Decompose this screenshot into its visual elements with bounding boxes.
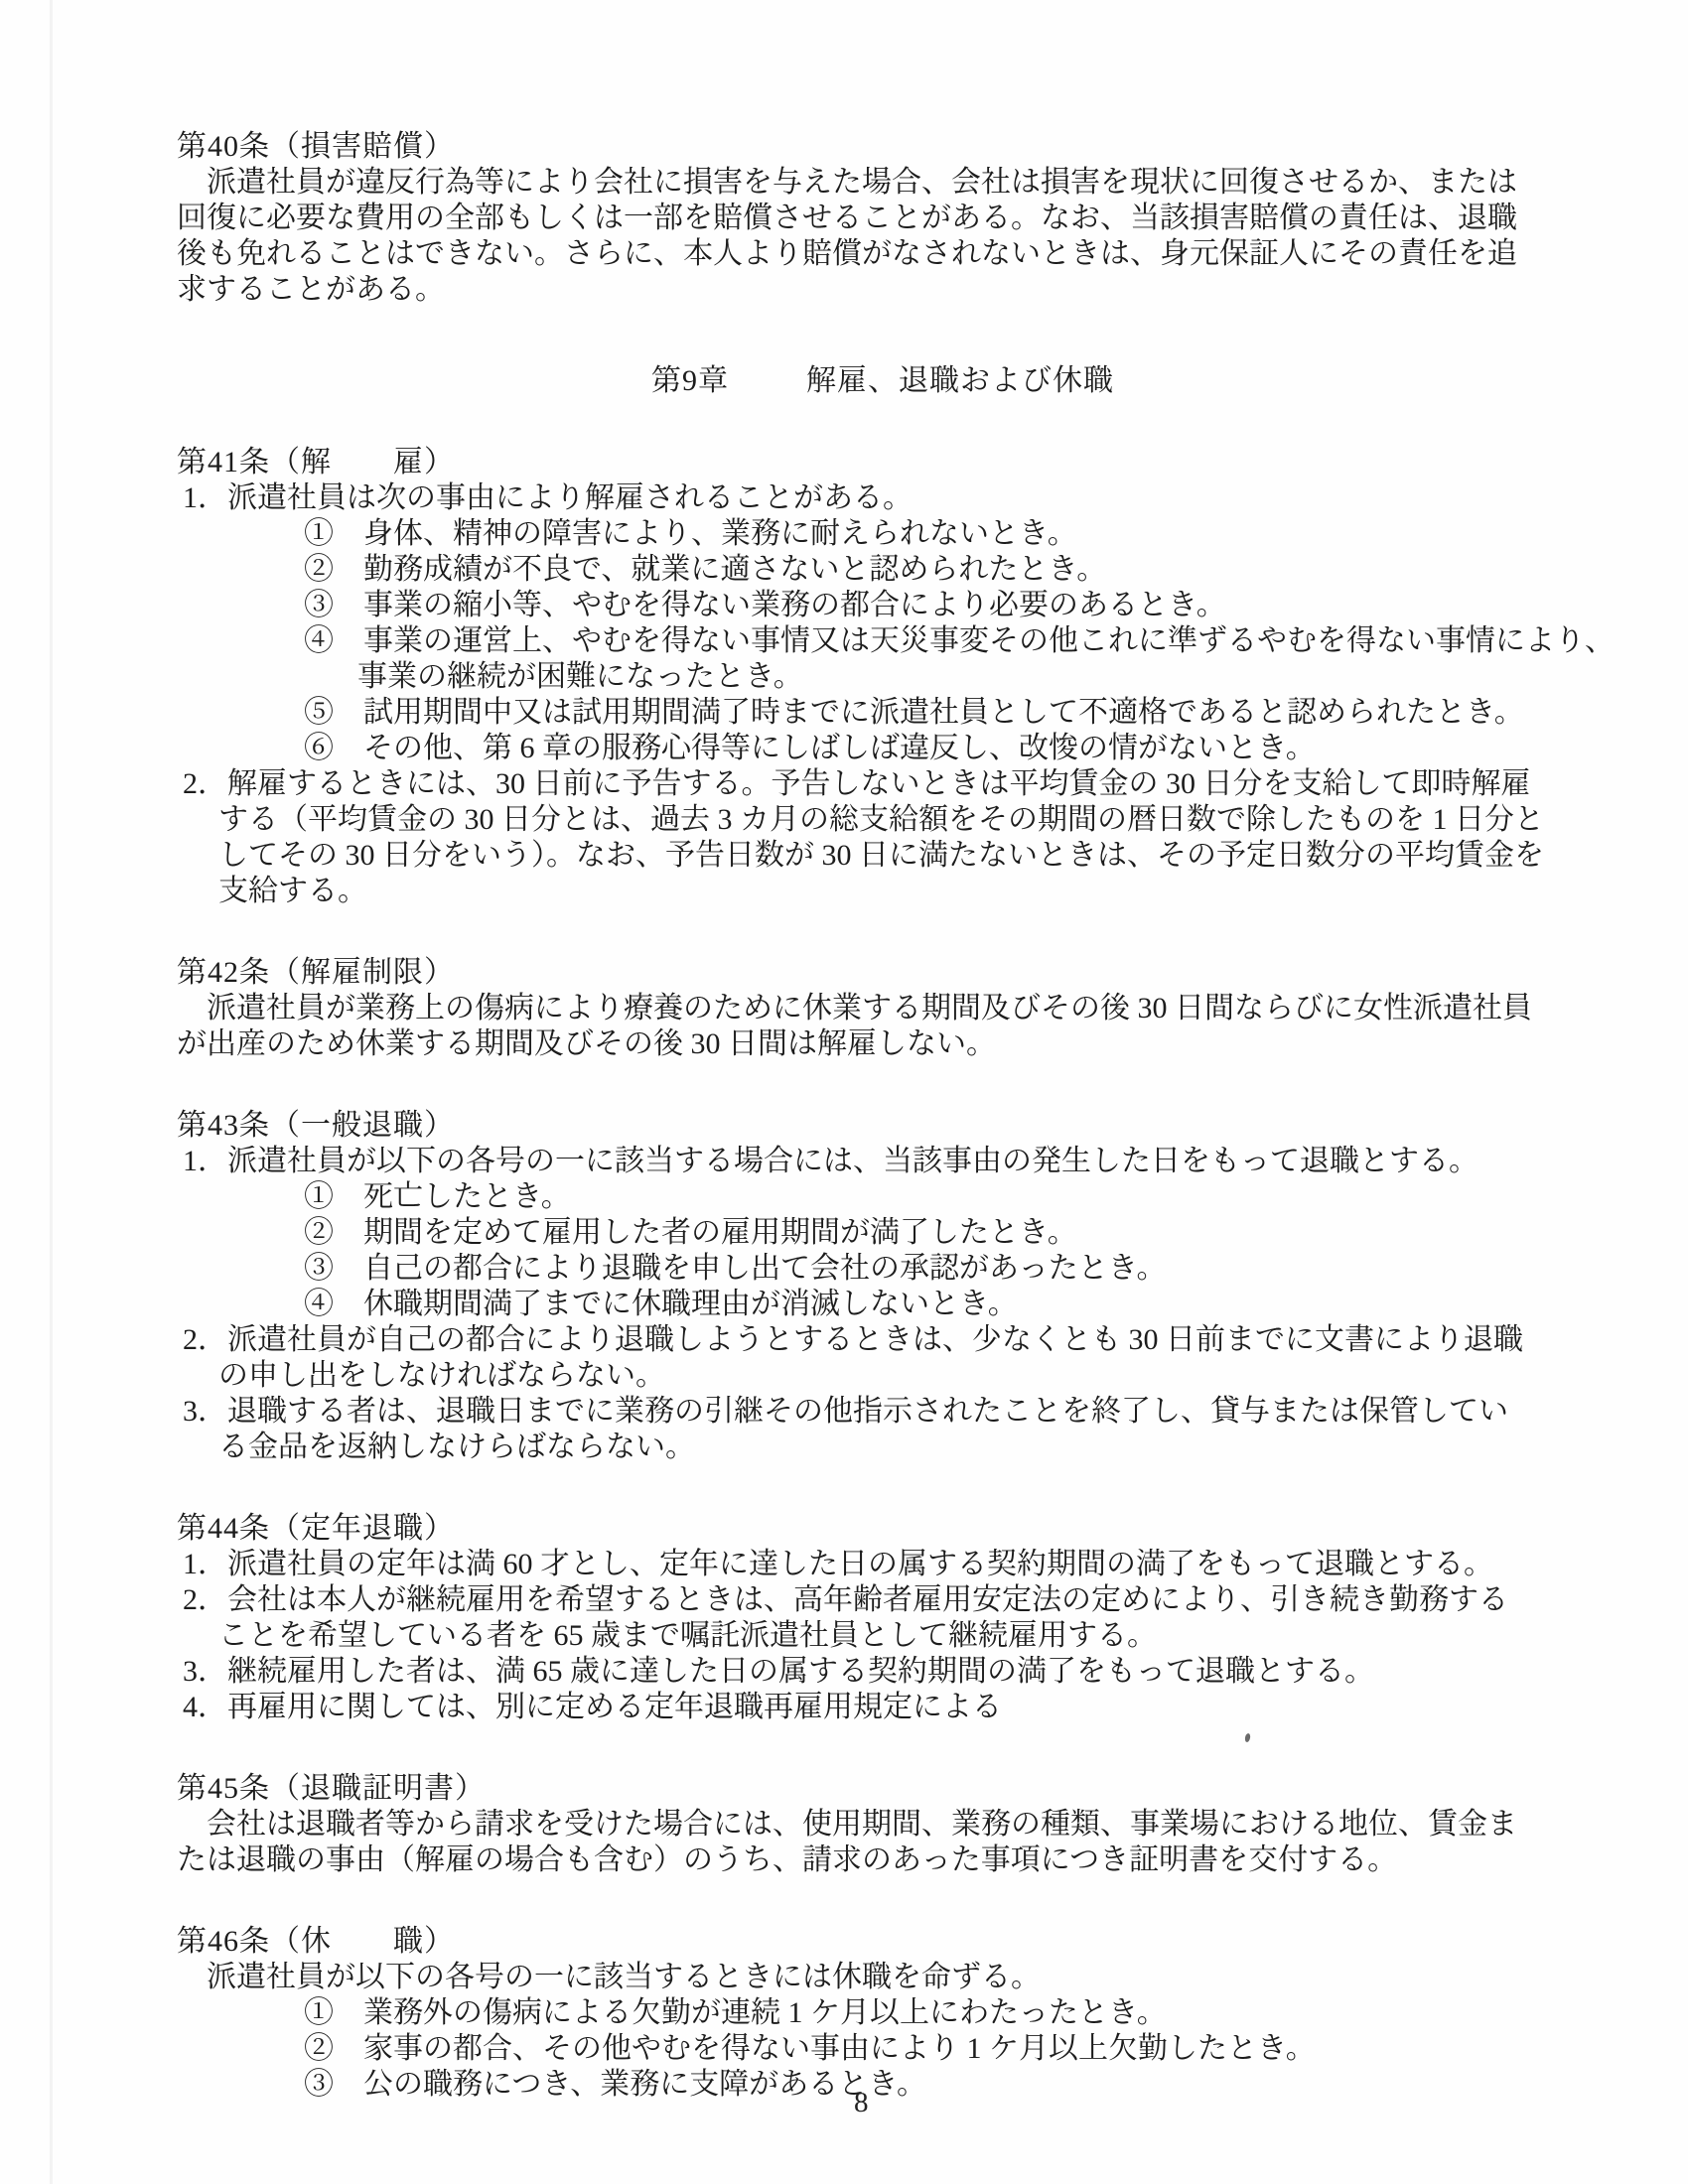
article-heading: 第41条（解 雇）: [177, 445, 1569, 480]
chapter-heading: 第9章解雇、退職および休職: [177, 363, 1569, 399]
article-line: 3．退職する者は、退職日までに業務の引継その他指示されたことを終了し、貸与または…: [177, 1394, 1569, 1430]
article-heading: 第43条（一般退職）: [177, 1108, 1569, 1144]
chapter-label: 第9章: [651, 364, 729, 397]
article-line: の申し出をしなければならない。: [177, 1358, 1569, 1394]
article-line: 1．派遣社員が以下の各号の一に該当する場合には、当該事由の発生した日をもって退職…: [177, 1144, 1569, 1179]
article-line: 会社は退職者等から請求を受けた場合には、使用期間、業務の種類、事業場における地位…: [177, 1807, 1569, 1843]
article-line: ② 勤務成績が不良で、就業に適さないと認められたとき。: [177, 552, 1569, 588]
article-44: 第44条（定年退職）1．派遣社員の定年は満 60 才とし、定年に達した日の属する…: [177, 1511, 1569, 1725]
article-line: 1．派遣社員の定年は満 60 才とし、定年に達した日の属する契約期間の満了をもっ…: [177, 1547, 1569, 1582]
article-line: ② 家事の都合、その他やむを得ない事由により 1 ケ月以上欠勤したとき。: [177, 2031, 1569, 2067]
article-line: 派遣社員が違反行為等により会社に損害を与えた場合、会社は損害を現状に回復させるか…: [177, 165, 1569, 201]
article-line: 2．会社は本人が継続雇用を希望するときは、高年齢者雇用安定法の定めにより、引き続…: [177, 1582, 1569, 1618]
article-line: ③ 事業の縮小等、やむを得ない業務の都合により必要のあるとき。: [177, 588, 1569, 623]
article-line: 求することがある。: [177, 272, 1569, 308]
page-number: 8: [854, 2087, 869, 2119]
document-content: 第40条（損害賠償）派遣社員が違反行為等により会社に損害を与えた場合、会社は損害…: [177, 129, 1569, 2103]
article-line: 事業の継続が困難になったとき。: [177, 659, 1569, 695]
article-line: 2．派遣社員が自己の都合により退職しようとするときは、少なくとも 30 日前まで…: [177, 1322, 1569, 1358]
article-line: 4．再雇用に関しては、別に定める定年退職再雇用規定による: [177, 1690, 1569, 1725]
article-line: ⑥ その他、第 6 章の服務心得等にしばしば違反し、改悛の情がないとき。: [177, 731, 1569, 766]
article-line: ② 期間を定めて雇用した者の雇用期間が満了したとき。: [177, 1215, 1569, 1251]
article-line: 2．解雇するときには、30 日前に予告する。予告しないときは平均賃金の 30 日…: [177, 766, 1569, 802]
scan-fold-artifact: [50, 0, 53, 2184]
article-line: 派遣社員が業務上の傷病により療養のために休業する期間及びその後 30 日間ならび…: [177, 991, 1569, 1026]
article-43: 第43条（一般退職）1．派遣社員が以下の各号の一に該当する場合には、当該事由の発…: [177, 1108, 1569, 1465]
article-45: 第45条（退職証明書）会社は退職者等から請求を受けた場合には、使用期間、業務の種…: [177, 1771, 1569, 1878]
article-heading: 第44条（定年退職）: [177, 1511, 1569, 1547]
article-line: ④ 事業の運営上、やむを得ない事情又は天災事変その他これに準ずるやむを得ない事情…: [177, 623, 1569, 659]
article-heading: 第45条（退職証明書）: [177, 1771, 1569, 1807]
article-line: 後も免れることはできない。さらに、本人より賠償がなされないときは、身元保証人にそ…: [177, 236, 1569, 272]
article-line: してその 30 日分をいう）。なお、予告日数が 30 日に満たないときは、その予…: [177, 838, 1569, 874]
chapter-title: 解雇、退職および休職: [806, 364, 1114, 397]
article-46: 第46条（休 職）派遣社員が以下の各号の一に該当するときには休職を命ずる。① 業…: [177, 1924, 1569, 2103]
article-line: ① 身体、精神の障害により、業務に耐えられないとき。: [177, 516, 1569, 552]
article-line: が出産のため休業する期間及びその後 30 日間は解雇しない。: [177, 1026, 1569, 1062]
article-42: 第42条（解雇制限）派遣社員が業務上の傷病により療養のために休業する期間及びその…: [177, 955, 1569, 1062]
article-line: ③ 自己の都合により退職を申し出て会社の承認があったとき。: [177, 1251, 1569, 1287]
article-line: ことを希望している者を 65 歳まで嘱託派遣社員として継続雇用する。: [177, 1618, 1569, 1654]
article-line: 支給する。: [177, 874, 1569, 909]
article-line: る金品を返納しなけらばならない。: [177, 1430, 1569, 1465]
article-line: 3．継続雇用した者は、満 65 歳に達した日の属する契約期間の満了をもって退職と…: [177, 1654, 1569, 1690]
article-line: ⑤ 試用期間中又は試用期間満了時までに派遣社員として不適格であると認められたとき…: [177, 695, 1569, 731]
article-line: ③ 公の職務につき、業務に支障があるとき。: [177, 2067, 1569, 2103]
article-line: する（平均賃金の 30 日分とは、過去 3 カ月の総支給額をその期間の暦日数で除…: [177, 802, 1569, 838]
article-line: 回復に必要な費用の全部もしくは一部を賠償させることがある。なお、当該損害賠償の責…: [177, 201, 1569, 236]
article-41: 第41条（解 雇）1．派遣社員は次の事由により解雇されることがある。① 身体、精…: [177, 445, 1569, 909]
article-line: 派遣社員が以下の各号の一に該当するときには休職を命ずる。: [177, 1960, 1569, 1995]
article-line: ④ 休職期間満了までに休職理由が消滅しないとき。: [177, 1287, 1569, 1322]
article-heading: 第40条（損害賠償）: [177, 129, 1569, 165]
article-heading: 第42条（解雇制限）: [177, 955, 1569, 991]
article-line: ① 死亡したとき。: [177, 1179, 1569, 1215]
article-line: 1．派遣社員は次の事由により解雇されることがある。: [177, 480, 1569, 516]
article-line: ① 業務外の傷病による欠勤が連続 1 ケ月以上にわたったとき。: [177, 1995, 1569, 2031]
article-40: 第40条（損害賠償）派遣社員が違反行為等により会社に損害を与えた場合、会社は損害…: [177, 129, 1569, 308]
article-line: たは退職の事由（解雇の場合も含む）のうち、請求のあった事項につき証明書を交付する…: [177, 1843, 1569, 1878]
scanned-document-page: 第40条（損害賠償）派遣社員が違反行為等により会社に損害を与えた場合、会社は損害…: [0, 0, 1688, 2184]
article-heading: 第46条（休 職）: [177, 1924, 1569, 1960]
